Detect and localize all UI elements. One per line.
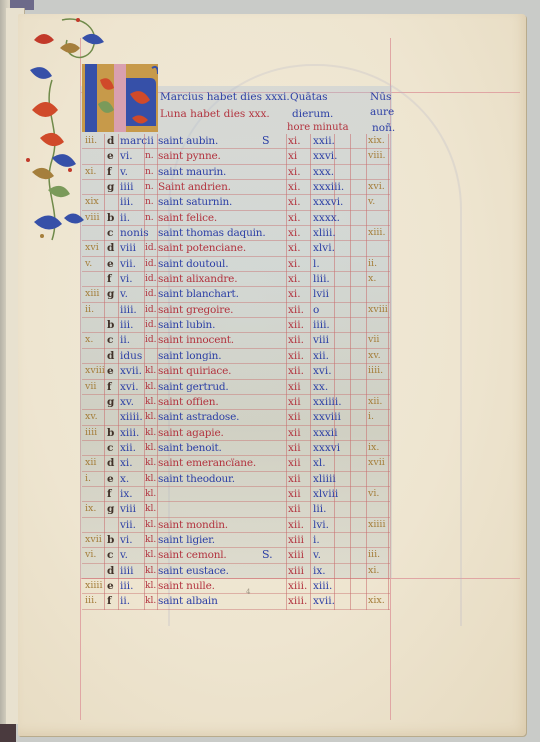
roman-day: viii	[120, 241, 146, 255]
dominical-letter: c	[107, 333, 119, 347]
day-minutes: xvii.	[313, 594, 343, 608]
golden-number: v.	[85, 257, 107, 271]
kalends-abbrev: id.	[145, 333, 159, 347]
day-minutes: xlviii	[313, 487, 343, 501]
roman-day: ii.	[120, 594, 146, 608]
dominical-letter: b	[107, 318, 119, 332]
kalends-abbrev: kl.	[145, 410, 159, 424]
calendar-row: iiii b xiii. kl. saint agapie. xii xxxii	[82, 426, 390, 441]
calendar-row: ii. iiii. id. saint gregoire. xii. o xvi…	[82, 303, 390, 318]
roman-day: vii.	[120, 518, 146, 532]
day-minutes: xxxiii.	[313, 180, 343, 194]
calendar-row: xvii b vi. kl. saint ligier. xiii i.	[82, 533, 390, 548]
moon-number: iiii.	[368, 364, 392, 378]
calendar-row: d iiii kl. saint eustace. xiii ix. xi.	[82, 564, 390, 579]
moon-number: xviii	[368, 303, 392, 317]
roman-day: xii.	[120, 441, 146, 455]
moon-number: xv.	[368, 349, 392, 363]
golden-number: xv.	[85, 410, 107, 424]
day-hours: xii	[288, 395, 310, 409]
moon-number: iii.	[368, 548, 392, 562]
roman-day: v.	[120, 287, 146, 301]
golden-number: iiii	[85, 426, 107, 440]
hore-heading: hore	[287, 122, 310, 133]
roman-day: iiii	[120, 180, 146, 194]
moon-number: ii.	[368, 257, 392, 271]
day-hours: xi.	[288, 134, 310, 148]
roman-day: iiii	[120, 564, 146, 578]
moon-number: viii.	[368, 149, 392, 163]
golden-number: vii	[85, 380, 107, 394]
calendar-row: f vi. id. saint alixandre. xi. liii. x.	[82, 272, 390, 287]
moon-number: i.	[368, 410, 392, 424]
day-hours: xiii	[288, 548, 310, 562]
roman-day: iii.	[120, 579, 146, 593]
day-hours: xi.	[288, 272, 310, 286]
roman-day: xvii.	[120, 364, 146, 378]
day-hours: xii.	[288, 349, 310, 363]
day-hours: xi.	[288, 287, 310, 301]
day-minutes: viii	[313, 333, 343, 347]
golden-number: iii.	[85, 594, 107, 608]
numerus-heading-3: noñ.	[372, 122, 395, 134]
day-hours: xi.	[288, 165, 310, 179]
calendar-row: f ix. kl. xii xlviii vi.	[82, 487, 390, 502]
kalends-abbrev: kl.	[145, 579, 159, 593]
calendar-row: xiii g v. id. saint blanchart. xi. lvii	[82, 287, 390, 302]
day-minutes: lii.	[313, 502, 343, 516]
sign-mark: S.	[262, 548, 276, 562]
day-minutes: xiii.	[313, 579, 343, 593]
kalends-abbrev: kl.	[145, 364, 159, 378]
kalends-abbrev: kl.	[145, 487, 159, 501]
roman-day: marcii	[120, 134, 146, 148]
golden-number: xvii	[85, 533, 107, 547]
golden-number: xiiii	[85, 579, 107, 593]
day-hours: xi.	[288, 180, 310, 194]
roman-day: xv.	[120, 395, 146, 409]
day-hours: xi.	[288, 211, 310, 225]
roman-day: iii.	[120, 318, 146, 332]
moon-number: xiii.	[368, 226, 392, 240]
day-minutes: xii.	[313, 349, 343, 363]
dominical-letter: g	[107, 180, 119, 194]
golden-number: vi.	[85, 548, 107, 562]
day-minutes: xxvi.	[313, 149, 343, 163]
dominical-letter: c	[107, 226, 119, 240]
golden-number: ii.	[85, 303, 107, 317]
dominical-letter: e	[107, 257, 119, 271]
day-minutes: o	[313, 303, 343, 317]
roman-day: v.	[120, 165, 146, 179]
calendar-row: xii d xi. kl. saint emerancïane. xii xl.…	[82, 456, 390, 471]
moon-number: vii	[368, 333, 392, 347]
roman-day: ix.	[120, 487, 146, 501]
dominical-letter: e	[107, 472, 119, 486]
dominical-letter: f	[107, 487, 119, 501]
roman-day: iiii.	[120, 303, 146, 317]
golden-number: x.	[85, 333, 107, 347]
dominical-letter: d	[107, 349, 119, 363]
day-minutes: lvii	[313, 287, 343, 301]
roman-day: xi.	[120, 456, 146, 470]
day-minutes: liii.	[313, 272, 343, 286]
calendar-row: vi. c v. kl. saint cemonl. S. xiii v. ii…	[82, 548, 390, 563]
roman-day: ii.	[120, 211, 146, 225]
dominical-letter: e	[107, 579, 119, 593]
calendar-row: xvi d viii id. saint potenciane. xi. xlv…	[82, 241, 390, 256]
moon-number: xix.	[368, 134, 392, 148]
calendar-row: g iiii n. Saint andrien. xi. xxxiii. xvi…	[82, 180, 390, 195]
kalends-abbrev: kl.	[145, 502, 159, 516]
binding-corner	[0, 724, 16, 742]
kalends-abbrev: kl.	[145, 395, 159, 409]
dominical-letter: f	[107, 594, 119, 608]
dominical-letter: g	[107, 502, 119, 516]
kalends-abbrev: kl.	[145, 564, 159, 578]
calendar-row: xv. xiiii. kl. saint astradose. xii xxvi…	[82, 410, 390, 425]
kalends-abbrev: id.	[145, 287, 159, 301]
moon-number: vi.	[368, 487, 392, 501]
roman-day: viii	[120, 502, 146, 516]
roman-day: xvi.	[120, 380, 146, 394]
kalends-abbrev: id.	[145, 257, 159, 271]
moon-number: xix.	[368, 594, 392, 608]
calendar-table: iii. d marcii saint aubin. S xi. xxii. x…	[82, 134, 390, 610]
day-hours: xii.	[288, 364, 310, 378]
dominical-letter: c	[107, 441, 119, 455]
calendar-row: c xii. kl. saint benoit. xii xxxvi ix.	[82, 441, 390, 456]
day-minutes: xxx.	[313, 165, 343, 179]
day-hours: xiii	[288, 533, 310, 547]
day-minutes: v.	[313, 548, 343, 562]
kalends-abbrev: id.	[145, 303, 159, 317]
day-minutes: xlvi.	[313, 241, 343, 255]
calendar-row: v. e vii. id. saint doutoul. xi. l. ii.	[82, 257, 390, 272]
kalends-abbrev: kl.	[145, 548, 159, 562]
kalends-abbrev: kl.	[145, 518, 159, 532]
roman-day: iii.	[120, 195, 146, 209]
dominical-letter: b	[107, 426, 119, 440]
kalends-abbrev: kl.	[145, 441, 159, 455]
day-hours: xii	[288, 426, 310, 440]
calendar-row: xi. f v. n. saint maurin. xi. xxx.	[82, 165, 390, 180]
calendar-row: x. c ii. id. saint innocent. xii. viii v…	[82, 333, 390, 348]
golden-number: iii.	[85, 134, 107, 148]
roman-day: xiiii.	[120, 410, 146, 424]
calendar-row: viii b ii. n. saint felice. xi. xxxx.	[82, 211, 390, 226]
kalends-abbrev: id.	[145, 241, 159, 255]
quantitas-heading: Quātas	[290, 91, 328, 103]
golden-number: xix	[85, 195, 107, 209]
dominical-letter: e	[107, 364, 119, 378]
calendar-row: ix. g viii kl. xii lii.	[82, 502, 390, 517]
calendar-row: vii. kl. saint mondin. xii. lvi. xiiii	[82, 518, 390, 533]
day-minutes: xxxvi.	[313, 195, 343, 209]
day-minutes: lvi.	[313, 518, 343, 532]
calendar-row: e vi. n. saint pynne. xi xxvi. viii.	[82, 149, 390, 164]
golden-number: xvi	[85, 241, 107, 255]
dominical-letter: d	[107, 241, 119, 255]
calendar-row: vii f xvi. kl. saint gertrud. xii xx.	[82, 380, 390, 395]
calendar-row: xviii e xvii. kl. saint quiriace. xii. x…	[82, 364, 390, 379]
day-hours: xiii.	[288, 579, 310, 593]
kalends-abbrev: id.	[145, 318, 159, 332]
calendar-row: b iii. id. saint lubin. xii. iiii.	[82, 318, 390, 333]
dominical-letter: g	[107, 395, 119, 409]
dominical-letter: d	[107, 134, 119, 148]
dominical-letter: d	[107, 456, 119, 470]
day-minutes: xx.	[313, 380, 343, 394]
kalends-abbrev: n.	[145, 180, 159, 194]
illuminated-initial-icon	[82, 64, 158, 132]
dierum-heading: dierum.	[292, 108, 333, 120]
roman-day: idus	[120, 349, 146, 363]
day-hours: xii	[288, 380, 310, 394]
day-hours: xii	[288, 410, 310, 424]
calendar-row: g xv. kl. saint offien. xii xxiiii. xii.	[82, 395, 390, 410]
day-hours: xii	[288, 502, 310, 516]
calendar-row: iii. f ii. kl. saint albain xiii. xvii. …	[82, 594, 390, 609]
moon-number: xi.	[368, 564, 392, 578]
calendar-row: c nonis saint thomas daquin. xi. xliii. …	[82, 226, 390, 241]
golden-number: xi.	[85, 165, 107, 179]
day-hours: xi.	[288, 226, 310, 240]
calendar-row: xix iii. n. saint saturnin. xi. xxxvi. v…	[82, 195, 390, 210]
moon-number: xvii	[368, 456, 392, 470]
golden-number: i.	[85, 472, 107, 486]
dominical-letter: f	[107, 272, 119, 286]
day-minutes: xvi.	[313, 364, 343, 378]
kalends-abbrev: kl.	[145, 594, 159, 608]
day-hours: xii.	[288, 518, 310, 532]
moon-number: xiiii	[368, 518, 392, 532]
day-hours: xi.	[288, 257, 310, 271]
day-hours: xii	[288, 441, 310, 455]
day-minutes: ix.	[313, 564, 343, 578]
day-minutes: xxxx.	[313, 211, 343, 225]
day-minutes: l.	[313, 257, 343, 271]
dominical-letter: b	[107, 533, 119, 547]
numerus-heading-1: Nūs	[370, 91, 391, 103]
day-minutes: xxviii	[313, 410, 343, 424]
day-hours: xiii.	[288, 594, 310, 608]
roman-day: xiii.	[120, 426, 146, 440]
day-hours: xii	[288, 487, 310, 501]
day-minutes: xl.	[313, 456, 343, 470]
dominical-letter: f	[107, 165, 119, 179]
day-minutes: xxii.	[313, 134, 343, 148]
day-minutes: xxiiii.	[313, 395, 343, 409]
day-hours: xii	[288, 456, 310, 470]
golden-number: viii	[85, 211, 107, 225]
kalends-abbrev: id.	[145, 272, 159, 286]
day-hours: xii.	[288, 318, 310, 332]
moon-number: ix.	[368, 441, 392, 455]
roman-day: v.	[120, 548, 146, 562]
roman-day: vi.	[120, 149, 146, 163]
day-minutes: xxxii	[313, 426, 343, 440]
minuta-heading: minuta	[313, 122, 349, 133]
day-minutes: xliiii	[313, 472, 343, 486]
roman-day: vii.	[120, 257, 146, 271]
kalends-abbrev: n.	[145, 149, 159, 163]
day-hours: xii	[288, 472, 310, 486]
kalends-abbrev: n.	[145, 211, 159, 225]
kalends-abbrev: kl.	[145, 380, 159, 394]
numerus-heading-2: aure	[370, 106, 394, 118]
kalends-abbrev: kl.	[145, 456, 159, 470]
moon-number: x.	[368, 272, 392, 286]
day-hours: xii.	[288, 303, 310, 317]
golden-number: xviii	[85, 364, 107, 378]
dominical-letter: b	[107, 211, 119, 225]
sign-mark: S	[262, 134, 276, 148]
dominical-letter: e	[107, 149, 119, 163]
dominical-letter: f	[107, 380, 119, 394]
dominical-letter: g	[107, 287, 119, 301]
moon-number: xvi.	[368, 180, 392, 194]
month-heading: Marcius habet dies xxxi.	[160, 91, 290, 103]
moon-number: v.	[368, 195, 392, 209]
roman-day: x.	[120, 472, 146, 486]
day-minutes: xxxvi	[313, 441, 343, 455]
day-hours: xi.	[288, 241, 310, 255]
kalends-abbrev: n.	[145, 195, 159, 209]
day-minutes: iiii.	[313, 318, 343, 332]
roman-day: vi.	[120, 272, 146, 286]
day-hours: xii.	[288, 333, 310, 347]
moon-number: xii.	[368, 395, 392, 409]
calendar-row: iii. d marcii saint aubin. S xi. xxii. x…	[82, 134, 390, 149]
roman-day: ii.	[120, 333, 146, 347]
dominical-letter: c	[107, 548, 119, 562]
calendar-row: xiiii e iii. kl. saint nulle. xiii. xiii…	[82, 579, 390, 594]
dominical-letter: d	[107, 564, 119, 578]
day-minutes: xliii.	[313, 226, 343, 240]
lunar-heading: Luna habet dies xxx.	[160, 108, 270, 120]
kalends-abbrev: n.	[145, 165, 159, 179]
day-hours: xi.	[288, 195, 310, 209]
folio-mark: 4	[246, 588, 250, 596]
kalends-abbrev: kl.	[145, 472, 159, 486]
golden-number: xii	[85, 456, 107, 470]
day-hours: xi	[288, 149, 310, 163]
roman-day: vi.	[120, 533, 146, 547]
kalends-abbrev: kl.	[145, 533, 159, 547]
day-minutes: i.	[313, 533, 343, 547]
kalends-abbrev: kl.	[145, 426, 159, 440]
calendar-row: i. e x. kl. saint theodour. xii xliiii	[82, 472, 390, 487]
calendar-row: d idus saint longin. xii. xii. xv.	[82, 349, 390, 364]
day-hours: xiii	[288, 564, 310, 578]
golden-number: ix.	[85, 502, 107, 516]
golden-number: xiii	[85, 287, 107, 301]
roman-day: nonis	[120, 226, 146, 240]
